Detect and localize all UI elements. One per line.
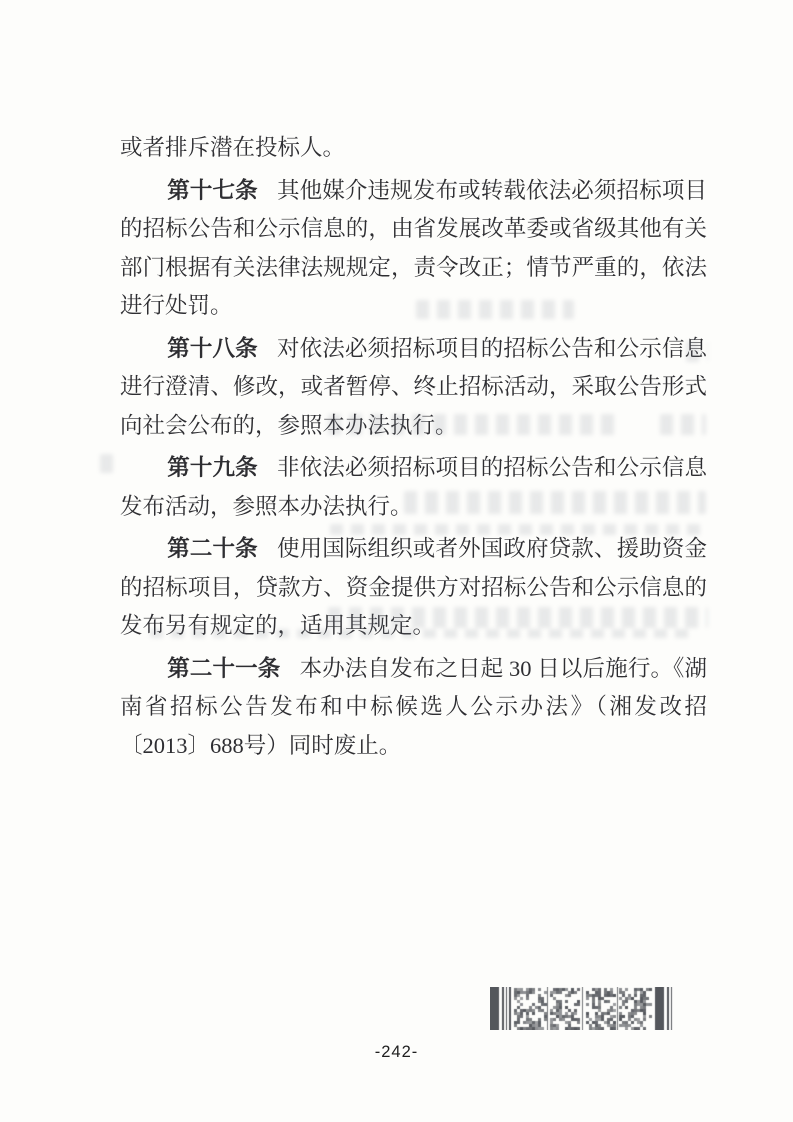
document-body: 或者排斥潜在投标人。 第十七条其他媒介违规发布或转载依法必须招标项目的招标公告和…	[120, 129, 707, 769]
article-number: 第十八条	[167, 336, 258, 361]
page-number: -242-	[0, 1043, 793, 1062]
paragraph-text: 或者排斥潜在投标人。	[120, 135, 345, 160]
article-number: 第二十一条	[167, 656, 280, 681]
article-number: 第十七条	[167, 178, 258, 203]
paragraph: 第二十条使用国际组织或者外国政府贷款、援助资金的招标项目，贷款方、资金提供方对招…	[120, 530, 707, 646]
paragraph: 第二十一条本办法自发布之日起 30 日以后施行。《湖南省招标公告发布和中标候选人…	[120, 650, 707, 766]
paragraph: 第十七条其他媒介违规发布或转载依法必须招标项目的招标公告和公示信息的，由省发展改…	[120, 172, 707, 326]
paragraph: 或者排斥潜在投标人。	[120, 129, 707, 168]
barcode-image	[490, 987, 674, 1030]
article-number: 第十九条	[167, 455, 258, 480]
bleed-through-artifact	[100, 454, 113, 473]
article-number: 第二十条	[167, 536, 258, 561]
paragraph: 第十九条非依法必须招标项目的招标公告和公示信息发布活动，参照本办法执行。	[120, 449, 707, 526]
paragraph: 第十八条对依法必须招标项目的招标公告和公示信息进行澄清、修改，或者暂停、终止招标…	[120, 330, 707, 446]
document-page: 或者排斥潜在投标人。 第十七条其他媒介违规发布或转载依法必须招标项目的招标公告和…	[0, 0, 793, 1122]
